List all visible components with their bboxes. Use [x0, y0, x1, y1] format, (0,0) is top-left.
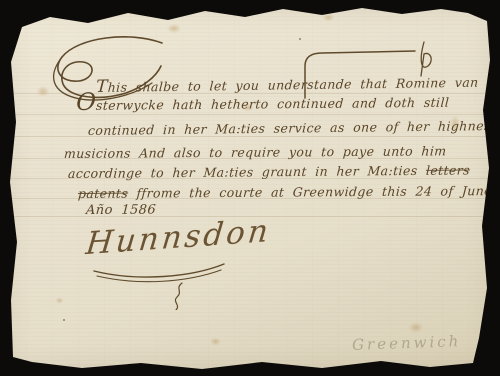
pencil-annotation: Greenwich: [352, 332, 462, 354]
underline-stroke: [94, 264, 224, 277]
manuscript-line: patents ffrome the courte at Greenwidge …: [78, 183, 493, 201]
curly-flourish-stroke: [175, 283, 182, 310]
foxing-spot: [208, 336, 223, 347]
scan-background: This shalbe to let you understande that …: [0, 0, 500, 376]
foxing-spot: [320, 12, 337, 23]
line-text: musicions And also to require you to pay…: [64, 143, 447, 161]
manuscript-line: Osterwycke hath hetherto continued and d…: [76, 94, 450, 113]
foxing-spot: [34, 84, 52, 99]
foxing-spot: [164, 22, 184, 35]
foxing-spot: [54, 296, 65, 305]
ink-speck: [299, 38, 301, 40]
struck-word: letters: [426, 162, 471, 177]
date-line: Año 1586: [86, 203, 157, 218]
paragraph-mark-stroke: [421, 42, 431, 76]
signature-text: Hunnsdon: [84, 213, 273, 262]
line-text: This shalbe to let you understande that …: [96, 75, 479, 95]
line-text: accordinge to her Ma:ties graunt in her …: [68, 163, 419, 181]
underline-stroke: [97, 270, 221, 282]
struck-word: patents: [78, 186, 129, 201]
manuscript-paper: This shalbe to let you understande that …: [0, 0, 500, 376]
manuscript-line: musicions And also to require you to pay…: [64, 143, 447, 161]
signature-flourish-icon: [80, 255, 240, 310]
ruled-line: [6, 136, 492, 137]
line-text: Osterwycke hath hetherto continued and d…: [76, 95, 450, 113]
line-text: Año 1586: [86, 203, 157, 218]
line-text: ffrome the courte at Greenwidge this 24 …: [136, 183, 492, 200]
ink-speck: [63, 319, 65, 321]
ink-speck: [9, 331, 12, 334]
